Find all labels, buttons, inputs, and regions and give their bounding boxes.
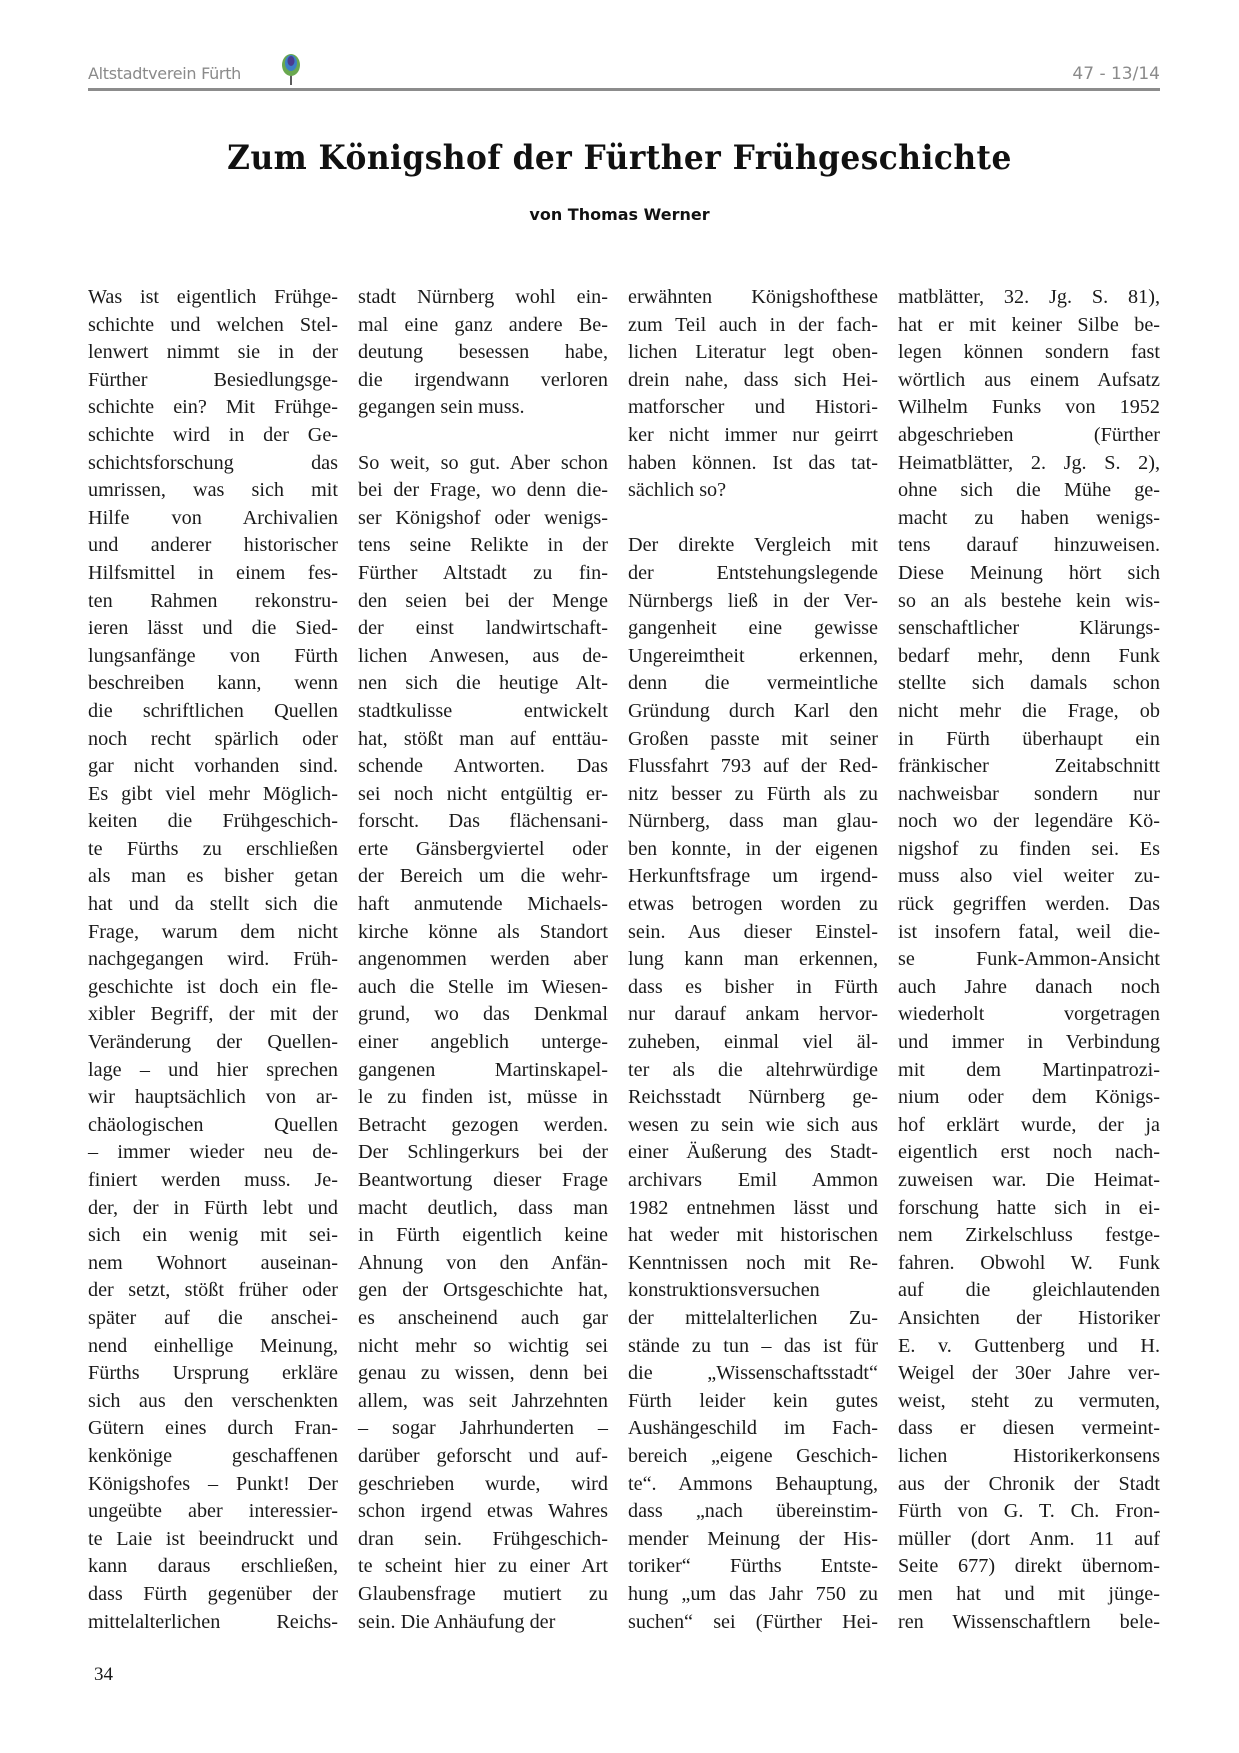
text-line: bei der Frage, wo denn die- (358, 477, 608, 505)
text-line: dass es bisher in Fürth (628, 974, 878, 1002)
text-line: müller (dort Anm. 11 auf (898, 1526, 1160, 1554)
text-line: lung kann man erkennen, (628, 946, 878, 974)
text-line: Fürther Altstadt zu fin- (358, 560, 608, 588)
text-line: nur darauf ankam hervor- (628, 1001, 878, 1029)
text-line: schichte ein? Mit Frühge- (88, 394, 338, 422)
text-line: etwas betrogen worden zu (628, 891, 878, 919)
text-line: bedarf mehr, denn Funk (898, 643, 1160, 671)
text-line: zuweisen war. Die Heimat- (898, 1167, 1160, 1195)
text-line: Kenntnissen noch mit Re- (628, 1250, 878, 1278)
text-line: so an als bestehe kein wis- (898, 588, 1160, 616)
text-line: ungeübte aber interessier- (88, 1498, 338, 1526)
text-line: Fürth von G. T. Ch. Fron- (898, 1498, 1160, 1526)
text-line: hat er mit keiner Silbe be- (898, 312, 1160, 340)
text-line: nend einhellige Meinung, (88, 1333, 338, 1361)
text-line: erwähnten Königshofthese (628, 284, 878, 312)
text-line: später auf die anschei- (88, 1305, 338, 1333)
text-line: – immer wieder neu de- (88, 1139, 338, 1167)
text-line: auf die gleichlautenden (898, 1277, 1160, 1305)
text-line: wir hauptsächlich von ar- (88, 1084, 338, 1112)
text-line: angenommen werden aber (358, 946, 608, 974)
text-line: Glaubensfrage mutiert zu (358, 1581, 608, 1609)
text-line: tens darauf hinzuweisen. (898, 532, 1160, 560)
text-line: bereich „eigene Geschich- (628, 1443, 878, 1471)
text-line: ren Wissenschaftlern bele- (898, 1609, 1160, 1637)
text-line: schichte und welchen Stel- (88, 312, 338, 340)
text-line: Was ist eigentlich Frühge- (88, 284, 338, 312)
text-line: E. v. Guttenberg und H. (898, 1333, 1160, 1361)
text-line: lichen Anwesen, aus de- (358, 643, 608, 671)
text-line: schende Antworten. Das (358, 753, 608, 781)
text-line: Diese Meinung hört sich (898, 560, 1160, 588)
text-line: Heimatblätter, 2. Jg. S. 2), (898, 450, 1160, 478)
text-column-1: Was ist eigentlich Frühge-schichte und w… (88, 284, 338, 1636)
text-line: abgeschrieben (Fürther (898, 422, 1160, 450)
text-line: Gründung durch Karl den (628, 698, 878, 726)
text-line: Nürnbergs ließ in der Ver- (628, 588, 878, 616)
article-title: Zum Königshof der Fürther Frühgeschichte (50, 138, 1190, 178)
text-line: Wilhelm Funks von 1952 (898, 394, 1160, 422)
text-line: und immer in Verbindung (898, 1029, 1160, 1057)
text-line: einer Äußerung des Stadt- (628, 1139, 878, 1167)
text-line: als man es bisher getan (88, 863, 338, 891)
text-line: stellte sich damals schon (898, 670, 1160, 698)
text-line: mender Meinung der His- (628, 1526, 878, 1554)
text-line: men hat und mit jünge- (898, 1581, 1160, 1609)
text-line: eigentlich erst noch nach- (898, 1139, 1160, 1167)
text-line: Veränderung der Quellen- (88, 1029, 338, 1057)
text-line: ker nicht immer nur geirrt (628, 422, 878, 450)
text-line: mittelalterlichen Reichs- (88, 1609, 338, 1637)
tree-logo-icon (280, 54, 302, 86)
text-line: aus der Chronik der Stadt (898, 1471, 1160, 1499)
text-line: gangenheit eine gewisse (628, 615, 878, 643)
text-line: Beantwortung dieser Frage (358, 1167, 608, 1195)
text-line: nicht mehr so wichtig sei (358, 1333, 608, 1361)
text-line: die schriftlichen Quellen (88, 698, 338, 726)
text-line: dran sein. Frühgeschich- (358, 1526, 608, 1554)
text-line: der Bereich um die wehr- (358, 863, 608, 891)
text-line: So weit, so gut. Aber schon (358, 450, 608, 478)
issue-number: 47 - 13/14 (1072, 64, 1160, 84)
text-line: geschichte ist doch ein fle- (88, 974, 338, 1002)
text-line: keiten die Frühgeschich- (88, 808, 338, 836)
text-line: sei noch nicht entgültig er- (358, 781, 608, 809)
text-line: der setzt, stößt früher oder (88, 1277, 338, 1305)
text-line: Es gibt viel mehr Möglich- (88, 781, 338, 809)
text-line: zum Teil auch in der fach- (628, 312, 878, 340)
text-line: der einst landwirtschaft- (358, 615, 608, 643)
text-line: te scheint hier zu einer Art (358, 1553, 608, 1581)
text-line: haft anmutende Michaels- (358, 891, 608, 919)
text-line: Frage, warum dem nicht (88, 919, 338, 947)
text-line: lichen Literatur legt oben- (628, 339, 878, 367)
text-line: te“. Ammons Behauptung, (628, 1471, 878, 1499)
running-header: Altstadtverein Fürth 47 - 13/14 (88, 60, 1160, 88)
text-line: Königshofes – Punkt! Der (88, 1471, 338, 1499)
text-line: dass er diesen vermeint- (898, 1415, 1160, 1443)
text-line: haben können. Ist das tat- (628, 450, 878, 478)
text-line: lichen Historikerkonsens (898, 1443, 1160, 1471)
text-line: toriker“ Fürths Entste- (628, 1553, 878, 1581)
text-line: archivars Emil Ammon (628, 1167, 878, 1195)
text-line: forschung hatte sich in ei- (898, 1195, 1160, 1223)
text-line: Hilfsmittel in einem fes- (88, 560, 338, 588)
text-line: Ahnung von den Anfän- (358, 1250, 608, 1278)
text-line: ist insofern fatal, weil die- (898, 919, 1160, 947)
text-line: suchen“ sei (Fürther Hei- (628, 1609, 878, 1637)
text-line: Flussfahrt 793 auf der Red- (628, 753, 878, 781)
text-line: hat, stößt man auf enttäu- (358, 726, 608, 754)
text-line: Großen passte mit seiner (628, 726, 878, 754)
text-line: stände zu tun – das ist für (628, 1333, 878, 1361)
text-line: matforscher und Histori- (628, 394, 878, 422)
text-column-4: matblätter, 32. Jg. S. 81),hat er mit ke… (898, 284, 1160, 1636)
text-line: xibler Begriff, der mit der (88, 1001, 338, 1029)
text-line: se Funk-Ammon-Ansicht (898, 946, 1160, 974)
text-line: wesen zu sein wie sich aus (628, 1112, 878, 1140)
publisher-name: Altstadtverein Fürth (88, 64, 241, 83)
text-line: Gütern eines durch Fran- (88, 1415, 338, 1443)
text-line: sich aus den verschenkten (88, 1388, 338, 1416)
text-line: gen der Ortsgeschichte hat, (358, 1277, 608, 1305)
text-line: sein. Die Anhäufung der (358, 1609, 608, 1637)
text-line: dass „nach übereinstim- (628, 1498, 878, 1526)
text-line: nem Zirkelschluss festge- (898, 1222, 1160, 1250)
text-line: schichtsforschung das (88, 450, 338, 478)
text-line: es anscheinend auch gar (358, 1305, 608, 1333)
text-line: le zu finden ist, müsse in (358, 1084, 608, 1112)
text-line: ben konnte, in der eigenen (628, 836, 878, 864)
text-line: hof erklärt wurde, der ja (898, 1112, 1160, 1140)
text-line: mit dem Martinpatrozi- (898, 1057, 1160, 1085)
text-line: Fürther Besiedlungsge- (88, 367, 338, 395)
text-line: hat weder mit historischen (628, 1222, 878, 1250)
text-line: te Laie ist beeindruckt und (88, 1526, 338, 1554)
text-line: Weigel der 30er Jahre ver- (898, 1360, 1160, 1388)
text-line: chäologischen Quellen (88, 1112, 338, 1140)
article-body: Was ist eigentlich Frühge-schichte und w… (88, 284, 1168, 1664)
text-line: Fürth leider kein gutes (628, 1388, 878, 1416)
text-line: noch wo der legendäre Kö- (898, 808, 1160, 836)
text-line: Herkunftsfrage um irgend- (628, 863, 878, 891)
text-line: nen sich die heutige Alt- (358, 670, 608, 698)
text-line: sich ein wenig mit sei- (88, 1222, 338, 1250)
text-line: ohne sich die Mühe ge- (898, 477, 1160, 505)
text-line: Ansichten der Historiker (898, 1305, 1160, 1333)
text-line: Fürths Ursprung erkläre (88, 1360, 338, 1388)
text-line: finiert werden muss. Je- (88, 1167, 338, 1195)
page-number: 34 (94, 1664, 113, 1686)
text-line: Der Schlingerkurs bei der (358, 1139, 608, 1167)
header-divider (88, 88, 1160, 91)
text-line: tens seine Relikte in der (358, 532, 608, 560)
text-line: fränkischer Zeitabschnitt (898, 753, 1160, 781)
text-line: schon irgend etwas Wahres (358, 1498, 608, 1526)
text-line: nium oder dem Königs- (898, 1084, 1160, 1112)
text-line: Aushängeschild im Fach- (628, 1415, 878, 1443)
text-line: hat und da stellt sich die (88, 891, 338, 919)
text-line: mal eine ganz andere Be- (358, 312, 608, 340)
text-line: ten Rahmen rekonstru- (88, 588, 338, 616)
text-line: matblätter, 32. Jg. S. 81), (898, 284, 1160, 312)
text-line: nachweisbar sondern nur (898, 781, 1160, 809)
text-line: der, der in Fürth lebt und (88, 1195, 338, 1223)
text-line: te Fürths zu erschließen (88, 836, 338, 864)
paragraph-break (628, 505, 878, 533)
text-line: nitz besser zu Fürth als zu (628, 781, 878, 809)
text-line: beschreiben kann, wenn (88, 670, 338, 698)
text-line: noch recht spärlich oder (88, 726, 338, 754)
text-line: ter als die altehrwürdige (628, 1057, 878, 1085)
text-line: der mittelalterlichen Zu- (628, 1305, 878, 1333)
text-line: und anderer historischer (88, 532, 338, 560)
text-line: muss also viel weiter zu- (898, 863, 1160, 891)
text-line: die irgendwann verloren (358, 367, 608, 395)
text-column-2: stadt Nürnberg wohl ein-mal eine ganz an… (358, 284, 608, 1636)
text-line: ser Königshof oder wenigs- (358, 505, 608, 533)
text-line: zuheben, einmal viel äl- (628, 1029, 878, 1057)
text-line: denn die vermeintliche (628, 670, 878, 698)
text-line: macht deutlich, dass man (358, 1195, 608, 1223)
text-line: geschrieben wurde, wird (358, 1471, 608, 1499)
text-line: legen können sondern fast (898, 339, 1160, 367)
text-line: nicht mehr die Frage, ob (898, 698, 1160, 726)
text-line: auch Jahre danach noch (898, 974, 1160, 1002)
text-line: stadt Nürnberg wohl ein- (358, 284, 608, 312)
text-line: nachgegangen wird. Früh- (88, 946, 338, 974)
text-line: kann daraus erschließen, (88, 1553, 338, 1581)
text-line: weist, steht zu vermuten, (898, 1388, 1160, 1416)
text-line: nigshof zu finden sei. Es (898, 836, 1160, 864)
text-line: erte Gänsbergviertel oder (358, 836, 608, 864)
text-line: auch die Stelle im Wiesen- (358, 974, 608, 1002)
text-line: drein nahe, dass sich Hei- (628, 367, 878, 395)
text-line: 1982 entnehmen lässt und (628, 1195, 878, 1223)
text-line: senschaftlicher Klärungs- (898, 615, 1160, 643)
text-line: macht zu haben wenigs- (898, 505, 1160, 533)
text-line: stadtkulisse entwickelt (358, 698, 608, 726)
text-line: Betracht gezogen werden. (358, 1112, 608, 1140)
text-line: grund, wo das Denkmal (358, 1001, 608, 1029)
text-line: kenkönige geschaffenen (88, 1443, 338, 1471)
text-line: Seite 677) direkt übernom- (898, 1553, 1160, 1581)
text-line: konstruktionsversuchen (628, 1277, 878, 1305)
text-line: Nürnberg, dass man glau- (628, 808, 878, 836)
text-line: genau zu wissen, denn bei (358, 1360, 608, 1388)
text-line: gangenen Martinskapel- (358, 1057, 608, 1085)
text-line: lenwert nimmt sie in der (88, 339, 338, 367)
text-line: in Fürth überhaupt ein (898, 726, 1160, 754)
paragraph-break (358, 422, 608, 450)
text-line: der Entstehungslegende (628, 560, 878, 588)
text-line: sächlich so? (628, 477, 878, 505)
text-line: die „Wissenschaftsstadt“ (628, 1360, 878, 1388)
text-line: wiederholt vorgetragen (898, 1001, 1160, 1029)
text-line: forscht. Das flächensani- (358, 808, 608, 836)
text-line: fahren. Obwohl W. Funk (898, 1250, 1160, 1278)
text-line: Hilfe von Archivalien (88, 505, 338, 533)
text-line: – sogar Jahrhunderten – (358, 1415, 608, 1443)
text-line: umrissen, was sich mit (88, 477, 338, 505)
text-line: einer angeblich unterge- (358, 1029, 608, 1057)
text-line: Reichsstadt Nürnberg ge- (628, 1084, 878, 1112)
text-line: hung „um das Jahr 750 zu (628, 1581, 878, 1609)
text-line: gar nicht vorhanden sind. (88, 753, 338, 781)
text-line: Der direkte Vergleich mit (628, 532, 878, 560)
text-line: kirche könne als Standort (358, 919, 608, 947)
text-line: gegangen sein muss. (358, 394, 608, 422)
text-line: schichte wird in der Ge- (88, 422, 338, 450)
text-line: dass Fürth gegenüber der (88, 1581, 338, 1609)
text-line: lungsanfänge von Fürth (88, 643, 338, 671)
text-line: Ungereimtheit erkennen, (628, 643, 878, 671)
text-line: ieren lässt und die Sied- (88, 615, 338, 643)
text-line: allem, was seit Jahrzehnten (358, 1388, 608, 1416)
text-line: den seien bei der Menge (358, 588, 608, 616)
text-line: in Fürth eigentlich keine (358, 1222, 608, 1250)
document-page: Altstadtverein Fürth 47 - 13/14 Zum Köni… (0, 0, 1239, 1753)
text-line: wörtlich aus einem Aufsatz (898, 367, 1160, 395)
text-line: deutung besessen habe, (358, 339, 608, 367)
text-line: lage – und hier sprechen (88, 1057, 338, 1085)
text-line: nem Wohnort auseinan- (88, 1250, 338, 1278)
article-byline: von Thomas Werner (0, 205, 1239, 224)
text-line: sein. Aus dieser Einstel- (628, 919, 878, 947)
text-line: darüber geforscht und auf- (358, 1443, 608, 1471)
text-line: rück gegriffen werden. Das (898, 891, 1160, 919)
text-column-3: erwähnten Königshofthesezum Teil auch in… (628, 284, 878, 1636)
